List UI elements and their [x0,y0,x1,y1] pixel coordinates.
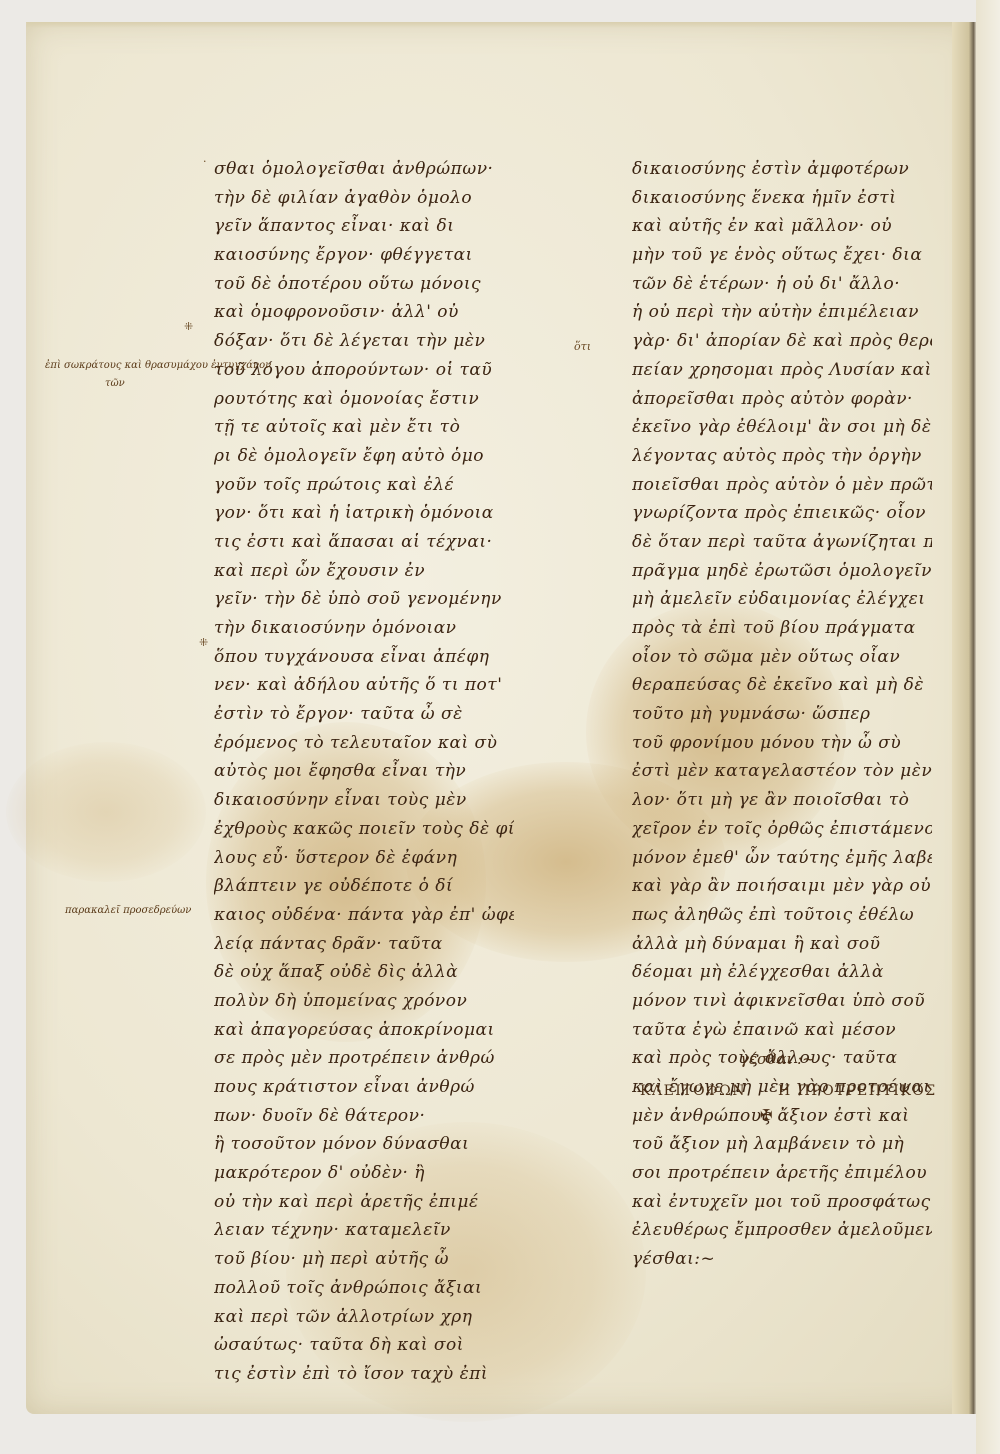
text-line: ταῦτα ἐγὼ ἐπαινῶ καὶ μέσον [632,1016,932,1045]
text-line: τις ἐστὶν ἐπὶ τὸ ἴσον ταχὺ ἐπὶ [214,1360,514,1389]
text-line: πους κράτιστον εἶναι ἀνθρώ [214,1073,514,1102]
text-line: σε πρὸς μὲν προτρέπειν ἀνθρώ [214,1044,514,1073]
text-line: ἐκεῖνο γὰρ ἐθέλοιμ' ἂν σοι μὴ δὲ [632,413,932,442]
text-line: γνωρίζοντα πρὸς ἐπιεικῶς· οἷον [632,499,932,528]
text-line: λον· ὅτι μὴ γε ἂν ποιοῖσθαι τὸ [632,786,932,815]
text-line: ἐρόμενος τὸ τελευταῖον καὶ σὺ [214,729,514,758]
text-line: σοι προτρέπειν ἀρετῆς ἐπιμέλου [632,1159,932,1188]
text-line: λους εὖ· ὕστερον δὲ ἐφάνη [214,844,514,873]
text-line: δέομαι μὴ ἐλέγχεσθαι ἀλλὰ [632,958,932,987]
text-line: οἷον τὸ σῶμα μὲν οὕτως οἷαν [632,643,932,672]
text-line: ἐλευθέρως ἔμπροσθεν ἀμελοῦμεν [632,1216,932,1245]
asterisk-mark: ⁜ [199,636,208,649]
text-line: ἀπορεῖσθαι πρὸς αὐτὸν φορὰν· [632,385,932,414]
text-line: καὶ ἐντυχεῖν μοι τοῦ προσφάτως [632,1188,932,1217]
text-line: γοῦν τοῖς πρώτοις καὶ ἐλέ [214,471,514,500]
text-line: πολὺν δὴ ὑπομείνας χρόνον [214,987,514,1016]
text-line: τῇ τε αὐτοῖς καὶ μὲν ἔτι τὸ [214,413,514,442]
text-line: χεῖρον ἐν τοῖς ὀρθῶς ἐπιστάμενος [632,815,932,844]
right-text-column: δικαιοσύνης ἐστὶν ἀμφοτέρωνδικαιοσύνης ἕ… [632,155,932,1274]
marginal-note-2: παρακαλεῖ προσεδρεύων [65,905,191,916]
text-line: μακρότερον δ' οὐδὲν· ἢ [214,1159,514,1188]
binding-gutter [952,22,976,1414]
text-line: πρᾶγμα μηδὲ ἐρωτῶσι ὁμολογεῖν [632,557,932,586]
text-line: οὐ τὴν καὶ περὶ ἀρετῆς ἐπιμέ [214,1188,514,1217]
text-line: ἐχθροὺς κακῶς ποιεῖν τοὺς δὲ φί [214,815,514,844]
column-sign: · [203,155,207,168]
explicit-ending: γέσθαι :~ [740,1050,815,1068]
text-line: λείᾳ πάντας δρᾶν· ταῦτα [214,930,514,959]
text-line: δόξαν· ὅτι δὲ λέγεται τὴν μὲν [214,327,514,356]
text-line: ἐστὶν τὸ ἔργον· ταῦτα ὦ σὲ [214,700,514,729]
text-line: καὶ περὶ τῶν ἀλλοτρίων χρη [214,1303,514,1332]
text-line: τοῦ ἄξιον μὴ λαμβάνειν τὸ μὴ [632,1130,932,1159]
text-line: τοῦ δὲ ὁποτέρου οὕτω μόνοις [214,270,514,299]
text-line: σθαι ὁμολογεῖσθαι ἀνθρώπων· [214,155,514,184]
text-line: γὰρ· δι' ἀπορίαν δὲ καὶ πρὸς θερα [632,327,932,356]
text-line: νεν· καὶ ἀδήλου αὐτῆς ὅ τι ποτ' [214,671,514,700]
gutter-note: ὅτι [574,340,591,353]
text-line: καὶ περὶ ὧν ἔχουσιν ἐν [214,557,514,586]
text-line: ρουτότης καὶ ὁμονοίας ἔστιν [214,385,514,414]
text-line: ἀλλὰ μὴ δύναμαι ἢ καὶ σοῦ [632,930,932,959]
text-line: λειαν τέχνην· καταμελεῖν [214,1216,514,1245]
text-line: τοῦ φρονίμου μόνου τὴν ὦ σὺ [632,729,932,758]
text-line: αὐτὸς μοι ἔφησθα εἶναι τὴν [214,757,514,786]
text-line: καὶ γὰρ ἂν ποιήσαιμι μὲν γὰρ οὐ [632,872,932,901]
text-line: ὠσαύτως· ταῦτα δὴ καὶ σοὶ [214,1331,514,1360]
text-line: δικαιοσύνης ἐστὶν ἀμφοτέρων [632,155,932,184]
text-line: μὲν ἀνθρώπους ἄξιον ἐστὶ καὶ [632,1102,932,1131]
text-line: ὅπου τυγχάνουσα εἶναι ἀπέφη [214,643,514,672]
marginal-note-1: ἐπὶ σωκράτους καὶ θρασυμάχου ἐντυγχάνον [45,360,271,371]
text-line: πείαν χρησομαι πρὸς Λυσίαν καὶ [632,356,932,385]
text-line: τὴν δικαιοσύνην ὁμόνοιαν [214,614,514,643]
text-line: ρι δὲ ὁμολογεῖν ἔφη αὐτὸ ὁμο [214,442,514,471]
text-line: γέσθαι:~ [632,1245,932,1274]
asterisk-mark: ⁜ [184,320,193,333]
text-line: γον· ὅτι καὶ ἡ ἰατρικὴ ὁμόνοια [214,499,514,528]
text-line: πολλοῦ τοῖς ἀνθρώποις ἄξιαι [214,1274,514,1303]
text-line: μὴ ἀμελεῖν εὐδαιμονίας ἐλέγχει [632,585,932,614]
text-line: καὶ αὐτῆς ἐν καὶ μᾶλλον· οὐ [632,212,932,241]
text-line: ἐστὶ μὲν καταγελαστέον τὸν μὲν ἄλ [632,757,932,786]
title-protrepticus: Η ΠΡΟΤΡΕΠΤΙΚΟΣ [778,1083,937,1099]
text-line: τῶν δὲ ἑτέρων· ἡ οὐ δι' ἄλλο· [632,270,932,299]
text-line: μὴν τοῦ γε ἑνὸς οὕτως ἔχει· δια [632,241,932,270]
cross-ornament: ✠ [760,1106,773,1124]
text-line: καὶ ἀπαγορεύσας ἀποκρίνομαι [214,1016,514,1045]
text-line: τοῦτο μὴ γυμνάσω· ὥσπερ [632,700,932,729]
text-line: μόνον ἐμεθ' ὧν ταύτης ἐμῆς λαβεῖν [632,844,932,873]
text-line: μόνον τινὶ ἀφικνεῖσθαι ὑπὸ σοῦ [632,987,932,1016]
text-line: γεῖν ἅπαντος εἶναι· καὶ δι [214,212,514,241]
text-line: ποιεῖσθαι πρὸς αὐτὸν ὁ μὲν πρῶτος [632,471,932,500]
text-line: βλάπτειν γε οὐδέποτε ὁ δί [214,872,514,901]
water-stain [6,742,206,882]
text-line: πων· δυοῖν δὲ θάτερον· [214,1102,514,1131]
page-top-edge [26,22,976,28]
text-line: δικαιοσύνην εἶναι τοὺς μὲν [214,786,514,815]
marginal-note-1-line2: τῶν [105,378,125,389]
text-line: τοῦ βίου· μὴ περὶ αὐτῆς ὦ [214,1245,514,1274]
text-line: καιοσύνης ἔργον· φθέγγεται [214,241,514,270]
text-line: θεραπεύσας δὲ ἐκεῖνο καὶ μὴ δὲ [632,671,932,700]
text-line: πρὸς τὰ ἐπὶ τοῦ βίου πράγματα [632,614,932,643]
text-line: δὲ οὐχ ἅπαξ οὐδὲ δὶς ἀλλὰ [214,958,514,987]
text-line: καιος οὐδένα· πάντα γὰρ ἐπ' ὠφε [214,901,514,930]
text-line: πως ἀληθῶς ἐπὶ τοῦτοις ἐθέλω [632,901,932,930]
text-line: καὶ ὁμοφρονοῦσιν· ἀλλ' οὐ [214,298,514,327]
text-line: τὴν δὲ φιλίαν ἀγαθὸν ὁμολο [214,184,514,213]
text-line: ἢ τοσοῦτον μόνον δύνασθαι [214,1130,514,1159]
text-line: δὲ ὅταν περὶ ταῦτα ἀγωνίζηται πρὸς [632,528,932,557]
adjacent-page-edge [976,0,1000,1454]
text-line: γεῖν· τὴν δὲ ὑπὸ σοῦ γενομένην [214,585,514,614]
text-line: τις ἐστι καὶ ἅπασαι αἱ τέχναι· [214,528,514,557]
text-line: ἡ οὐ περὶ τὴν αὐτὴν ἐπιμέλειαν [632,298,932,327]
text-line: δικαιοσύνης ἕνεκα ἡμῖν ἐστὶ [632,184,932,213]
title-clitophon: ΚΛΕΙΤΟΦΩΝ [640,1083,746,1099]
text-line: λέγοντας αὐτὸς πρὸς τὴν ὀργὴν [632,442,932,471]
left-text-column: σθαι ὁμολογεῖσθαι ἀνθρώπων·τὴν δὲ φιλίαν… [214,155,514,1389]
